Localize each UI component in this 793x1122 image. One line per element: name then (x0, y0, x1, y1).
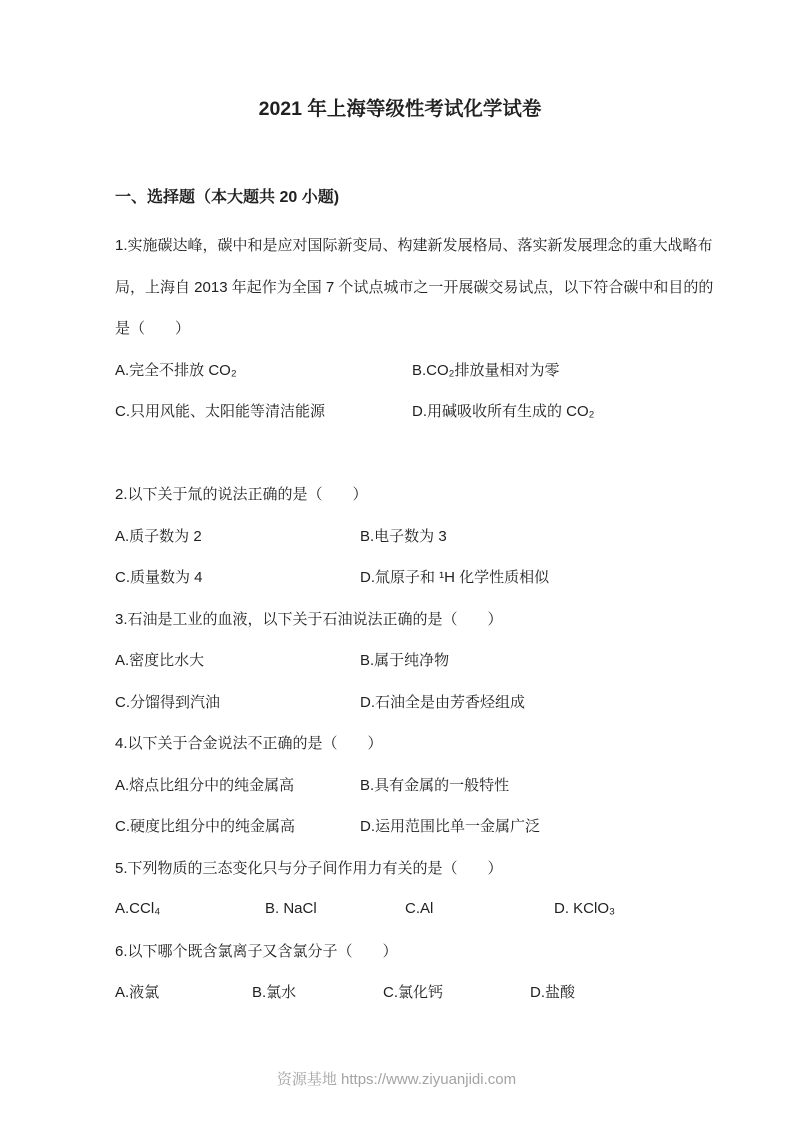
question-1-stem-line-1: 1.实施碳达峰，碳中和是应对国际新变局、构建新发展格局、落实新发展理念的重大战略… (115, 224, 685, 266)
question-3: 3.石油是工业的血液，以下关于石油说法正确的是（ ） A.密度比水大 B.属于纯… (115, 598, 685, 723)
question-6-stem: 6.以下哪个既含氯离子又含氯分子（ ） (115, 930, 685, 972)
question-1-option-a: A.完全不排放 CO₂ (115, 359, 412, 380)
question-2-option-d: D.氚原子和 ¹H 化学性质相似 (360, 566, 549, 587)
question-2-option-b: B.电子数为 3 (360, 525, 447, 546)
question-2-option-a: A.质子数为 2 (115, 525, 360, 546)
question-6-option-c: C.氯化钙 (383, 981, 530, 1002)
question-1-options-row-1: A.完全不排放 CO₂ B.CO₂排放量相对为零 (115, 349, 685, 391)
question-3-option-b: B.属于纯净物 (360, 649, 449, 670)
question-6: 6.以下哪个既含氯离子又含氯分子（ ） A.液氯 B.氯水 C.氯化钙 D.盐酸 (115, 930, 685, 1013)
question-5-option-d: D. KClO₃ (554, 900, 615, 917)
question-1-stem-line-3: 是（ ） (115, 307, 685, 349)
question-3-option-d: D.石油全是由芳香烃组成 (360, 691, 525, 712)
question-4-option-d: D.运用范围比单一金属广泛 (360, 815, 540, 836)
question-1: 1.实施碳达峰，碳中和是应对国际新变局、构建新发展格局、落实新发展理念的重大战略… (115, 224, 685, 432)
question-3-options-row-1: A.密度比水大 B.属于纯净物 (115, 639, 685, 681)
question-5-option-c: C.Al (405, 900, 554, 917)
question-3-options-row-2: C.分馏得到汽油 D.石油全是由芳香烃组成 (115, 681, 685, 723)
question-1-option-b: B.CO₂排放量相对为零 (412, 359, 560, 380)
question-1-options-row-2: C.只用风能、太阳能等清洁能源 D.用碱吸收所有生成的 CO₂ (115, 390, 685, 432)
question-5-options-row: A.CCl₄ B. NaCl C.Al D. KClO₃ (115, 888, 685, 930)
question-4-option-a: A.熔点比组分中的纯金属高 (115, 774, 360, 795)
question-5-option-b: B. NaCl (265, 900, 405, 917)
question-5: 5.下列物质的三态变化只与分子间作用力有关的是（ ） A.CCl₄ B. NaC… (115, 847, 685, 930)
question-2-options-row-1: A.质子数为 2 B.电子数为 3 (115, 515, 685, 557)
page-title: 2021 年上海等级性考试化学试卷 (115, 96, 685, 122)
question-3-option-a: A.密度比水大 (115, 649, 360, 670)
exam-paper-page: 2021 年上海等级性考试化学试卷 一、选择题（本大题共 20 小题) 1.实施… (0, 0, 793, 1122)
question-2-stem: 2.以下关于氚的说法正确的是（ ） (115, 473, 685, 515)
blank-line (115, 432, 685, 474)
question-4-option-b: B.具有金属的一般特性 (360, 774, 509, 795)
footer-watermark: 资源基地 https://www.ziyuanjidi.com (0, 1068, 793, 1089)
question-6-option-a: A.液氯 (115, 981, 252, 1002)
question-2-options-row-2: C.质量数为 4 D.氚原子和 ¹H 化学性质相似 (115, 556, 685, 598)
question-3-stem: 3.石油是工业的血液，以下关于石油说法正确的是（ ） (115, 598, 685, 640)
question-1-option-d: D.用碱吸收所有生成的 CO₂ (412, 400, 595, 421)
question-6-options-row: A.液氯 B.氯水 C.氯化钙 D.盐酸 (115, 971, 685, 1013)
question-2-option-c: C.质量数为 4 (115, 566, 360, 587)
question-4: 4.以下关于合金说法不正确的是（ ） A.熔点比组分中的纯金属高 B.具有金属的… (115, 722, 685, 847)
question-4-options-row-2: C.硬度比组分中的纯金属高 D.运用范围比单一金属广泛 (115, 805, 685, 847)
section-heading: 一、选择题（本大题共 20 小题) (115, 186, 685, 210)
question-6-option-d: D.盐酸 (530, 981, 575, 1002)
question-5-stem: 5.下列物质的三态变化只与分子间作用力有关的是（ ） (115, 847, 685, 889)
question-4-option-c: C.硬度比组分中的纯金属高 (115, 815, 360, 836)
page-content: 2021 年上海等级性考试化学试卷 一、选择题（本大题共 20 小题) 1.实施… (0, 0, 793, 1013)
question-3-option-c: C.分馏得到汽油 (115, 691, 360, 712)
question-2: 2.以下关于氚的说法正确的是（ ） A.质子数为 2 B.电子数为 3 C.质量… (115, 473, 685, 598)
question-5-option-a: A.CCl₄ (115, 900, 265, 917)
question-4-options-row-1: A.熔点比组分中的纯金属高 B.具有金属的一般特性 (115, 764, 685, 806)
question-1-option-c: C.只用风能、太阳能等清洁能源 (115, 400, 412, 421)
question-6-option-b: B.氯水 (252, 981, 383, 1002)
question-1-stem-line-2: 局，上海自 2013 年起作为全国 7 个试点城市之一开展碳交易试点，以下符合碳… (115, 266, 685, 308)
question-4-stem: 4.以下关于合金说法不正确的是（ ） (115, 722, 685, 764)
